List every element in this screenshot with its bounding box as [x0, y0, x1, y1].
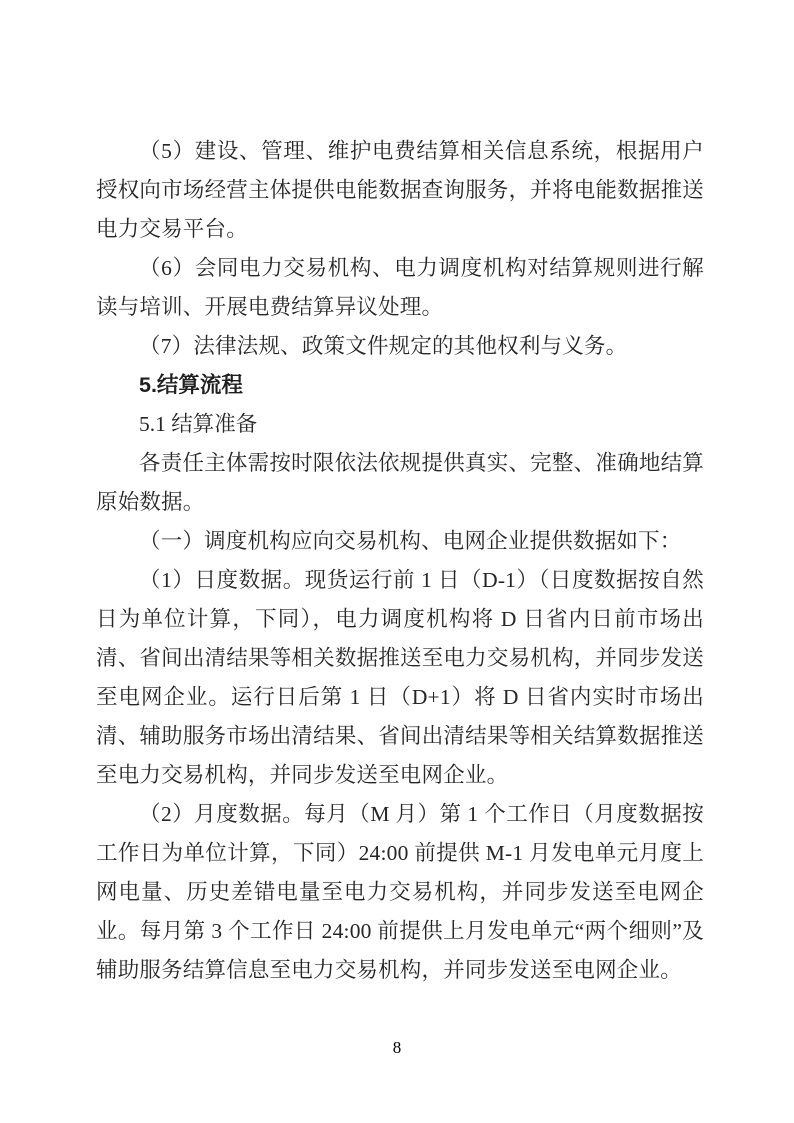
paragraph-item-6: （6）会同电力交易机构、电力调度机构对结算规则进行解读与培训、开展电费结算异议处…: [96, 249, 704, 327]
paragraph-item-5: （5）建设、管理、维护电费结算相关信息系统，根据用户授权向市场经营主体提供电能数…: [96, 132, 704, 249]
paragraph-responsibility-intro: 各责任主体需按时限依法依规提供真实、完整、准确地结算原始数据。: [96, 444, 704, 522]
page-number: 8: [393, 1038, 402, 1057]
paragraph-item-7: （7）法律法规、政策文件规定的其他权利与义务。: [96, 327, 704, 366]
document-page: （5）建设、管理、维护电费结算相关信息系统，根据用户授权向市场经营主体提供电能数…: [0, 0, 794, 1123]
document-content: （5）建设、管理、维护电费结算相关信息系统，根据用户授权向市场经营主体提供电能数…: [96, 132, 704, 990]
paragraph-daily-data: （1）日度数据。现货运行前 1 日（D-1）（日度数据按自然日为单位计算，下同）…: [96, 561, 704, 795]
paragraph-dispatch-agency-lead: （一）调度机构应向交易机构、电网企业提供数据如下：: [96, 522, 704, 561]
paragraph-monthly-data: （2）月度数据。每月（M 月）第 1 个工作日（月度数据按工作日为单位计算，下同…: [96, 795, 704, 990]
page-footer: 8: [0, 1035, 794, 1061]
section-heading-settlement-process: 5.结算流程: [96, 366, 704, 405]
subsection-heading-settlement-preparation: 5.1 结算准备: [96, 405, 704, 444]
